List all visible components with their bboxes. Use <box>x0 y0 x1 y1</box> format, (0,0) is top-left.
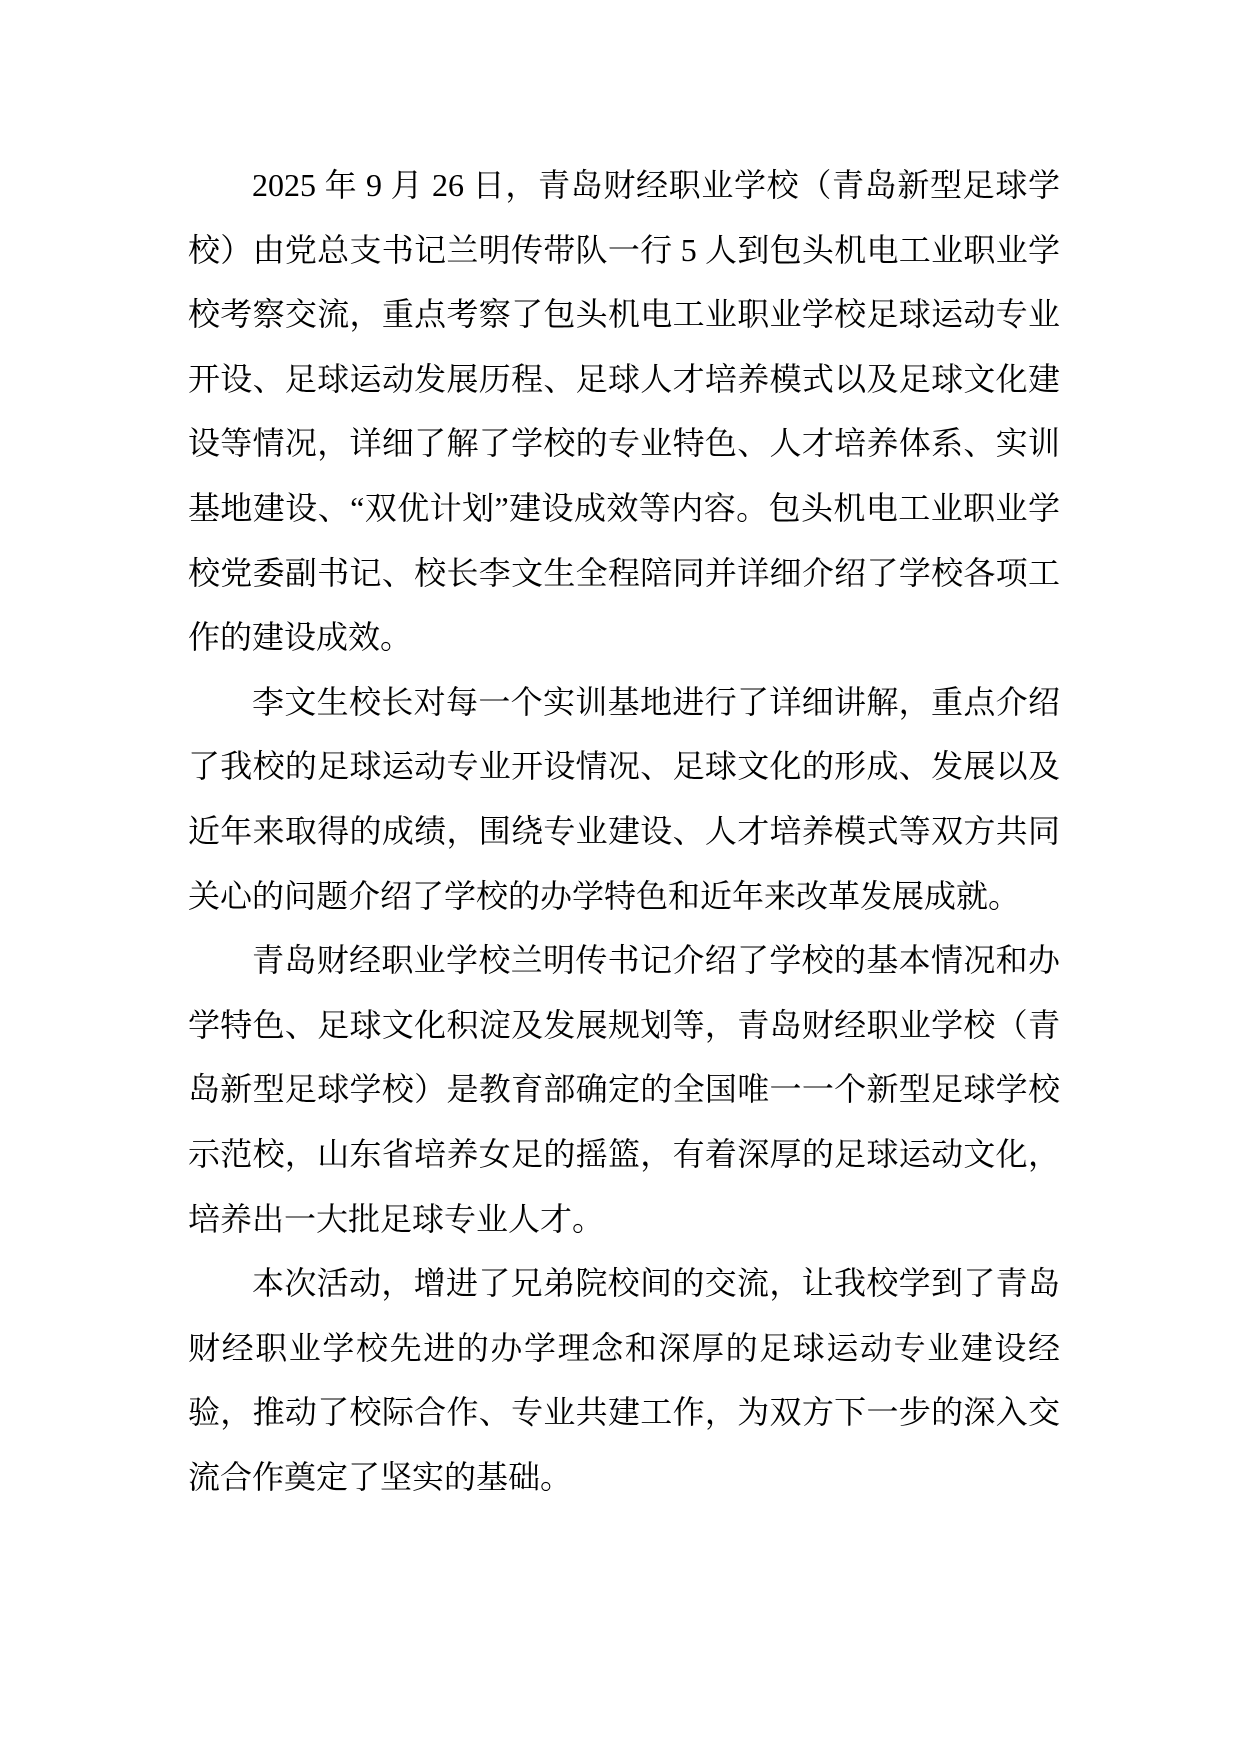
paragraph-visit-overview: 2025 年 9 月 26 日，青岛财经职业学校（青岛新型足球学校）由党总支书记… <box>188 153 1060 670</box>
paragraph-conclusion: 本次活动，增进了兄弟院校间的交流，让我校学到了青岛财经职业学校先进的办学理念和深… <box>188 1251 1060 1509</box>
paragraph-secretary-introduction: 青岛财经职业学校兰明传书记介绍了学校的基本情况和办学特色、足球文化积淀及发展规划… <box>188 928 1060 1251</box>
paragraph-principal-explanation: 李文生校长对每一个实训基地进行了详细讲解，重点介绍了我校的足球运动专业开设情况、… <box>188 670 1060 928</box>
document-page: 2025 年 9 月 26 日，青岛财经职业学校（青岛新型足球学校）由党总支书记… <box>0 0 1240 1753</box>
document-body: 2025 年 9 月 26 日，青岛财经职业学校（青岛新型足球学校）由党总支书记… <box>188 153 1060 1509</box>
